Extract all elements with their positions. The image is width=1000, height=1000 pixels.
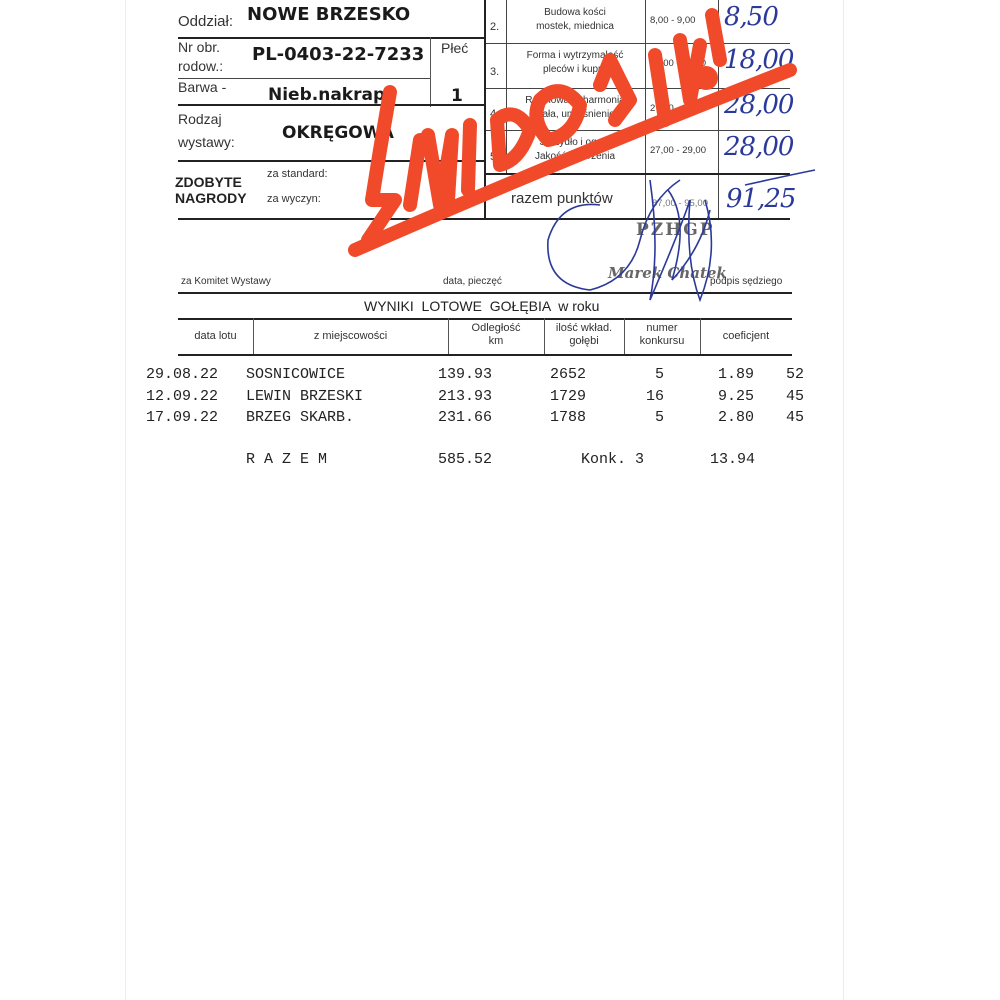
total-distance: 585.52 [438, 451, 492, 468]
plec-label: Płeć [441, 40, 468, 56]
col-header-line-1: numer [624, 322, 700, 335]
score-row-num: 5. [490, 151, 499, 163]
flight-date: 17.09.22 [146, 409, 218, 426]
score-row-name-2: pleców i kupra [510, 63, 640, 76]
results-col-header: Odległość km [448, 322, 544, 348]
nr-label-2: rodow.: [178, 58, 223, 74]
za-wyczyn-label: za wyczyn: [267, 193, 321, 205]
flight-place: SOSNICOWICE [246, 366, 345, 383]
score-row-range: 17,00 - 19,00 [650, 58, 706, 69]
score-row-num: 4. [490, 108, 499, 120]
nagrody-label-1: ZDOBYTE [175, 174, 242, 190]
score-row-handwritten-score: 18,00 [724, 45, 793, 75]
results-title: WYNIKI LOTOWE GOŁĘBIA w roku [364, 298, 599, 314]
col-header-line-2: km [448, 335, 544, 348]
flight-extra: 52 [786, 366, 804, 383]
annotation-overlay [0, 0, 1000, 1000]
score-row-name-2: mostek, miednica [510, 20, 640, 33]
flight-pigeons: 1729 [550, 388, 586, 405]
flight-date: 29.08.22 [146, 366, 218, 383]
score-row-name-1: Skrzydło i ogon. [510, 136, 640, 149]
col-header-line-1: data lotu [178, 330, 253, 343]
total-points-label: razem punktów [511, 190, 613, 207]
oddzial-label: Oddział: [178, 13, 233, 30]
score-row-name-2: Jakość upierzenia [510, 150, 640, 163]
nr-label-1: Nr obr. [178, 39, 220, 55]
flight-place: BRZEG SKARB. [246, 409, 354, 426]
score-row-name-1: Budowa kości [510, 6, 640, 19]
total-range: 87,00 - 95,00 [652, 198, 708, 209]
col-header-line-2: konkursu [624, 335, 700, 348]
rodzaj-label-2: wystawy: [178, 134, 235, 150]
flight-extra: 45 [786, 409, 804, 426]
committee-label: za Komitet Wystawy [181, 276, 271, 287]
score-row-name-2: ciała, umięśnienie [510, 108, 640, 121]
total-konk: Konk. 3 [581, 451, 644, 468]
total-coef: 13.94 [710, 451, 755, 468]
nagrody-label-2: NAGRODY [175, 190, 247, 206]
page-edge-right [843, 0, 844, 1000]
score-row-handwritten-score: 8,50 [724, 2, 778, 32]
results-col-header: coeficjent [700, 330, 792, 343]
flight-contest: 5 [634, 366, 664, 383]
flight-contest: 5 [634, 409, 664, 426]
col-header-line-1: Odległość [448, 322, 544, 335]
flight-pigeons: 1788 [550, 409, 586, 426]
flight-distance: 213.93 [438, 388, 492, 405]
stamp-name: Marek Chatek [608, 264, 727, 282]
score-row-handwritten-score: 28,00 [724, 132, 793, 162]
flight-pigeons: 2652 [550, 366, 586, 383]
col-header-line-1: z miejscowości [253, 330, 448, 343]
results-col-header: z miejscowości [253, 330, 448, 343]
score-row-range: 27,00 - 29,00 [650, 145, 706, 156]
ring-number-value: PL-0403-22-7233 [252, 44, 424, 65]
barwa-label: Barwa - [178, 79, 226, 95]
score-row-range: 27,00 - 29,00 [650, 103, 706, 114]
flight-coef: 1.89 [718, 366, 754, 383]
flight-coef: 9.25 [718, 388, 754, 405]
total-score-handwritten: 91,25 [726, 184, 795, 214]
flight-distance: 231.66 [438, 409, 492, 426]
za-standard-label: za standard: [267, 168, 328, 180]
stamp-org: PZHGP [636, 220, 715, 240]
rodzaj-label-1: Rodzaj [178, 111, 222, 127]
barwa-value: Nieb.nakrap. [268, 85, 392, 105]
score-row-name-1: Forma i wytrzymałość [510, 49, 640, 62]
flight-distance: 139.93 [438, 366, 492, 383]
score-row-num: 3. [490, 66, 499, 78]
flight-coef: 2.80 [718, 409, 754, 426]
col-header-line-1: coeficjent [700, 330, 792, 343]
score-row-handwritten-score: 28,00 [724, 90, 793, 120]
score-row-name-1: Równowaga harmonia [510, 94, 640, 107]
flight-contest: 16 [634, 388, 664, 405]
score-row-range: 8,00 - 9,00 [650, 15, 695, 26]
results-col-header: ilość wkład. gołębi [544, 322, 624, 348]
results-col-header: data lotu [178, 330, 253, 343]
date-stamp-label: data, pieczęć [443, 276, 502, 287]
page-edge-left [125, 0, 126, 1000]
col-header-line-1: ilość wkład. [544, 322, 624, 335]
plec-value: 1 [451, 86, 463, 106]
score-row-num: 2. [490, 21, 499, 33]
flight-extra: 45 [786, 388, 804, 405]
judge-signature-label: podpis sędziego [710, 276, 782, 287]
col-header-line-2: gołębi [544, 335, 624, 348]
flight-date: 12.09.22 [146, 388, 218, 405]
show-type-value: OKRĘGOWA [282, 123, 394, 143]
results-col-header: numer konkursu [624, 322, 700, 348]
flight-place: LEWIN BRZESKI [246, 388, 363, 405]
total-label: R A Z E M [246, 451, 327, 468]
oddzial-value: NOWE BRZESKO [247, 4, 410, 25]
